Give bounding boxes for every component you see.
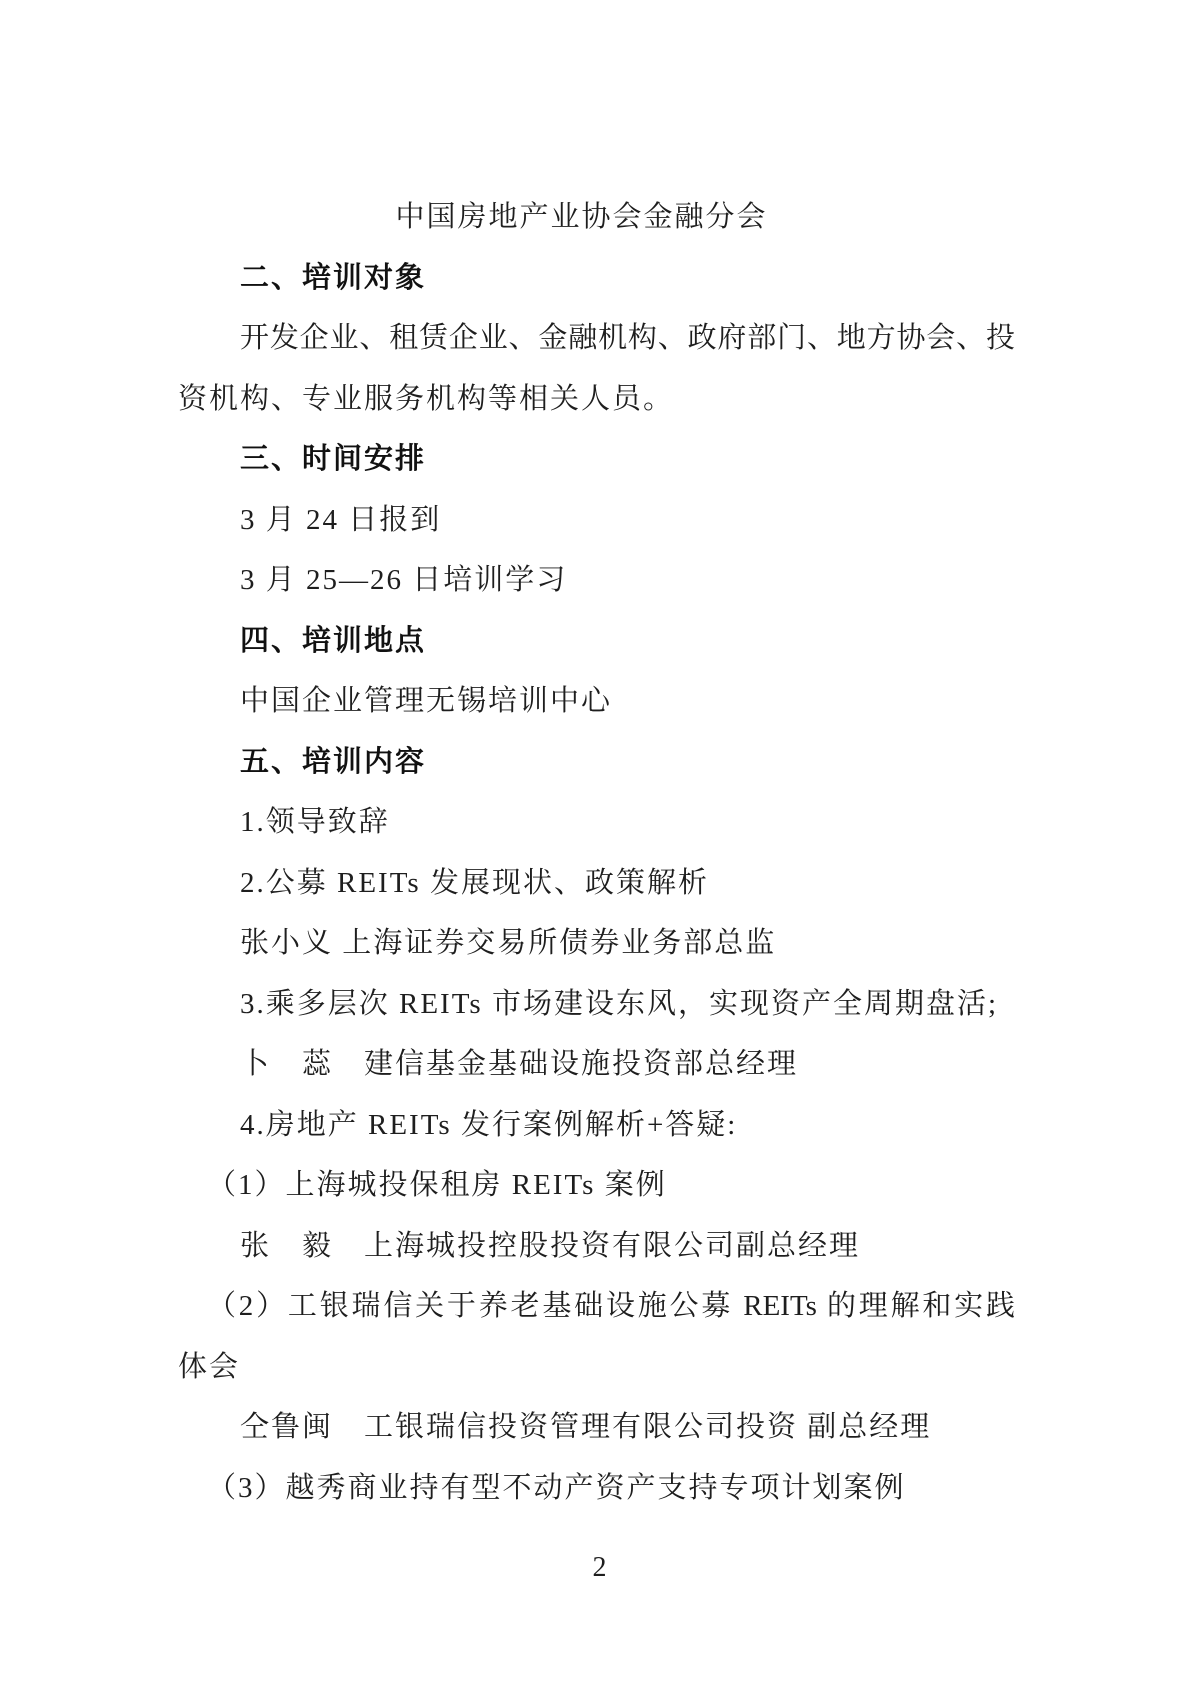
text-line: 中国企业管理无锡培训中心 bbox=[178, 671, 1015, 732]
document-body: 中国房地产业协会金融分会二、培训对象开发企业、租赁企业、金融机构、政府部门、地方… bbox=[178, 187, 1015, 1518]
text-line: 中国房地产业协会金融分会 bbox=[178, 187, 985, 248]
text-line: 仝鲁闽 工银瑞信投资管理有限公司投资 副总经理 bbox=[178, 1397, 1015, 1458]
text-line: （3）越秀商业持有型不动产资产支持专项计划案例 bbox=[178, 1458, 1015, 1519]
section-heading: 三、时间安排 bbox=[178, 429, 1015, 490]
section-heading: 二、培训对象 bbox=[178, 248, 1015, 309]
text-line: 1.领导致辞 bbox=[178, 792, 1015, 853]
text-line: 3 月 25—26 日培训学习 bbox=[178, 550, 1015, 611]
text-line: 资机构、专业服务机构等相关人员。 bbox=[178, 369, 1015, 430]
text-line: 2.公募 REITs 发展现状、政策解析 bbox=[178, 853, 1015, 914]
section-heading: 五、培训内容 bbox=[178, 732, 1015, 793]
text-line: 3 月 24 日报到 bbox=[178, 490, 1015, 551]
text-line: 4.房地产 REITs 发行案例解析+答疑: bbox=[178, 1095, 1015, 1156]
document-page: 中国房地产业协会金融分会二、培训对象开发企业、租赁企业、金融机构、政府部门、地方… bbox=[0, 0, 1199, 1696]
text-line: （1）上海城投保租房 REITs 案例 bbox=[178, 1155, 1015, 1216]
section-heading: 四、培训地点 bbox=[178, 611, 1015, 672]
text-line: 3.乘多层次 REITs 市场建设东风，实现资产全周期盘活; bbox=[178, 974, 1015, 1035]
text-line: 卜 蕊 建信基金基础设施投资部总经理 bbox=[178, 1034, 1015, 1095]
text-line: （2）工银瑞信关于养老基础设施公募 REITs 的理解和实践 bbox=[178, 1276, 1015, 1337]
text-line: 张小义 上海证券交易所债券业务部总监 bbox=[178, 913, 1015, 974]
text-line: 张 毅 上海城投控股投资有限公司副总经理 bbox=[178, 1216, 1015, 1277]
page-number: 2 bbox=[0, 1548, 1199, 1588]
text-line: 体会 bbox=[178, 1337, 1015, 1398]
text-line: 开发企业、租赁企业、金融机构、政府部门、地方协会、投 bbox=[178, 308, 1015, 369]
